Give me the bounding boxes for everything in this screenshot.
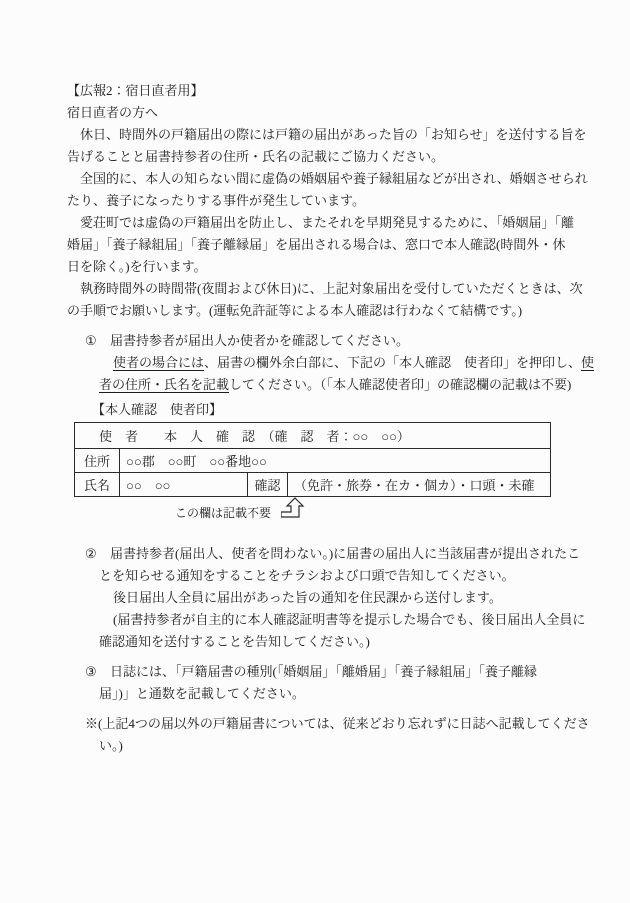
text-line: 後日届出人全員に届出があった旨の通知を住民課から送付します。	[113, 587, 572, 609]
document-page: 【広報2：宿日直者用】 宿日直者の方へ 休日、時間外の戸籍届出の際には戸籍の届出…	[0, 0, 630, 903]
page-title: 【広報2：宿日直者用】	[67, 80, 572, 102]
name-label-cell: 氏名	[75, 473, 120, 497]
text-line: 使者の場合には、届書の欄外余白部に、下記の「本人確認 使者印」を押印し、使	[113, 352, 572, 374]
text-line: 届」)」と通数を記載してください。	[99, 683, 572, 705]
underlined-text: 者の住所・氏名を記載	[99, 377, 229, 392]
text-line: 届書持参者が届出人か使者かを確認してください。	[110, 330, 572, 352]
paragraph-notice: 休日、時間外の戸籍届出の際には戸籍の届出があった旨の「お知らせ」を送付する旨を …	[67, 124, 572, 168]
underlined-text: 使	[581, 355, 594, 370]
confirm-label-cell: 確認	[248, 473, 288, 497]
text-line: い。)	[99, 735, 572, 757]
callout-label: この欄は記載不要	[175, 504, 271, 521]
text-line: ※(上記4つの届以外の戸籍届書については、従来どおり忘れずに日誌へ記載してくださ	[85, 713, 572, 735]
text-line: の手順でお願いします。(運転免許証等による本人確認は行わなくて結構です。)	[67, 300, 572, 322]
step-3-number: ③	[85, 661, 97, 683]
footnote: ※(上記4つの届以外の戸籍届書については、従来どおり忘れずに日誌へ記載してくださ…	[67, 713, 572, 757]
confirm-method-cell: （免許・旅券・在カ・個カ）・口頭・未確	[288, 473, 551, 497]
step-3: ③ 日誌には、「戸籍届書の種別(「婚姻届」「離婚届」「養子縁組届」「養子離縁 届…	[67, 661, 572, 705]
underlined-text: 使者の場合には	[113, 355, 204, 370]
address-label-cell: 住所	[75, 449, 120, 473]
text-line: 執務時間外の時間帯(夜間および休日)に、上記対象届出を受付していただくときは、次	[67, 278, 572, 300]
text-segment: してください。（「本人確認使者印」の確認欄の記載は不要)	[229, 377, 571, 392]
stamp-section-heading: 【本人確認 使者印】	[92, 399, 572, 421]
text-line: 確認通知を送付することを告知してください。)	[99, 631, 572, 653]
document-content: 【広報2：宿日直者用】 宿日直者の方へ 休日、時間外の戸籍届出の際には戸籍の届出…	[67, 80, 572, 757]
step-2: ② 届書持参者(届出人、使者を問わない。)に届書の届出人に当該届書が提出されたこ…	[67, 543, 572, 653]
text-line: とを知らせる通知をすることをチラシおよび口頭で告知してください。	[99, 565, 572, 587]
table-row: 住所 ○○郡 ○○町 ○○番地○○	[75, 449, 551, 473]
messenger-stamp-table: 使 者 本 人 確 認 （確 認 者：○○ ○○） 住所 ○○郡 ○○町 ○○番…	[74, 422, 551, 497]
paragraph-policy: 愛荘町では虚偽の戸籍届出を防止し、またそれを早期発見するために、「婚姻届」「離 …	[67, 212, 572, 278]
text-line: (届書持参者が自主的に本人確認証明書等を提示した場合でも、後日届出人全員に	[113, 609, 572, 631]
table-header-cell: 使 者 本 人 確 認 （確 認 者：○○ ○○）	[75, 423, 551, 449]
table-row: 使 者 本 人 確 認 （確 認 者：○○ ○○）	[75, 423, 551, 449]
paragraph-procedure: 執務時間外の時間帯(夜間および休日)に、上記対象届出を受付していただくときは、次…	[67, 278, 572, 322]
address-value-cell: ○○郡 ○○町 ○○番地○○	[120, 449, 551, 473]
step-1: ① 届書持参者が届出人か使者かを確認してください。 使者の場合には、届書の欄外余…	[67, 330, 572, 396]
text-line: 休日、時間外の戸籍届出の際には戸籍の届出があった旨の「お知らせ」を送付する旨を	[67, 124, 572, 146]
text-line: 愛荘町では虚偽の戸籍届出を防止し、またそれを早期発見するために、「婚姻届」「離	[67, 212, 572, 234]
text-line: 全国的に、本人の知らない間に虚偽の婚姻届や養子縁組届などが出され、婚姻させられ	[67, 168, 572, 190]
paragraph-background: 全国的に、本人の知らない間に虚偽の婚姻届や養子縁組届などが出され、婚姻させられ …	[67, 168, 572, 212]
text-line: 届書持参者(届出人、使者を問わない。)に届書の届出人に当該届書が提出されたこ	[110, 543, 572, 565]
up-arrow-icon	[281, 497, 305, 519]
name-value-cell: ○○ ○○	[120, 473, 248, 497]
callout-note: この欄は記載不要	[67, 497, 572, 527]
step-1-number: ①	[85, 330, 97, 352]
text-line: たり、養子になったりする事件が発生しています。	[67, 190, 572, 212]
text-line: 日誌には、「戸籍届書の種別(「婚姻届」「離婚届」「養子縁組届」「養子離縁	[110, 661, 572, 683]
text-line: 者の住所・氏名を記載してください。（「本人確認使者印」の確認欄の記載は不要)	[99, 374, 572, 396]
text-line: 日を除く。)を行います。	[67, 256, 572, 278]
table-row: 氏名 ○○ ○○ 確認 （免許・旅券・在カ・個カ）・口頭・未確	[75, 473, 551, 497]
step-2-number: ②	[85, 543, 97, 565]
text-line: 告げることと届書持参者の住所・氏名の記載にご協力ください。	[67, 146, 572, 168]
salutation: 宿日直者の方へ	[67, 102, 572, 124]
text-line: 婚届」「養子縁組届」「養子離縁届」を届出される場合は、窓口で本人確認(時間外・休	[67, 234, 572, 256]
text-segment: 、届書の欄外余白部に、下記の「本人確認 使者印」を押印し、	[204, 355, 581, 370]
